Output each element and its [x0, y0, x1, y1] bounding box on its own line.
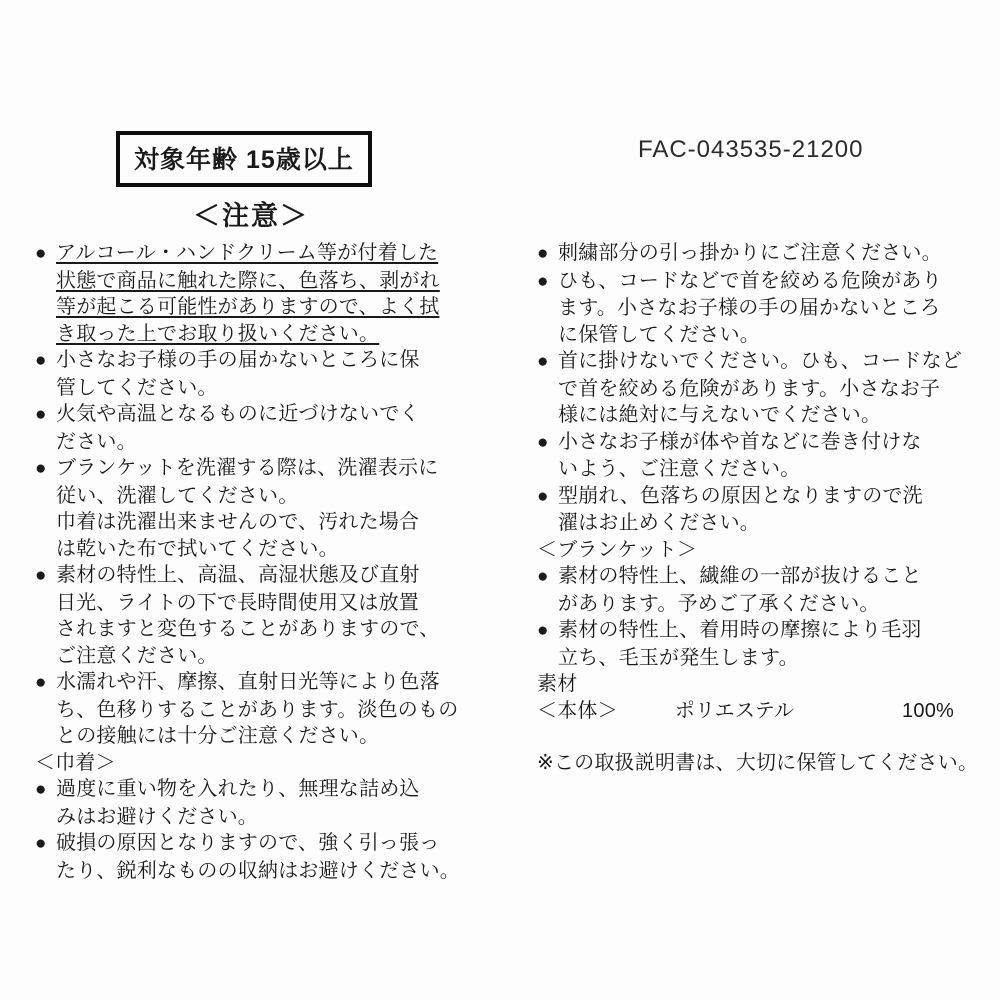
care-item: ●ブランケットを洗濯する際は、洗濯表示に 従い、洗濯してください。 巾着は洗濯出… [35, 455, 475, 562]
care-item-text: アルコール・ハンドクリーム等が付着した 状態で商品に触れた際に、色落ち、剥がれ … [56, 242, 440, 345]
caution-heading: ＜注意＞ [35, 194, 467, 233]
caution-left-column: ●アルコール・ハンドクリーム等が付着した 状態で商品に触れた際に、色落ち、剥がれ… [35, 240, 475, 884]
storage-note: ※この取扱説明書は、大切に保管してください。 [537, 750, 984, 777]
section-heading-blanket: ＜ブランケット＞ [537, 537, 984, 564]
bullet-icon: ● [35, 831, 56, 858]
care-item: ●型崩れ、色落ちの原因となりますので洗 濯はお止めください。 [537, 483, 984, 537]
care-item: ●ひも、コードなどで首を絞める危険があり ます。小さなお子様の手の届かないところ… [537, 268, 984, 349]
material-part-label: ＜本体＞ [537, 698, 618, 725]
care-item-text: 首に掛けないでください。ひも、コードなど で首を絞める危険があります。小さなお子… [558, 350, 962, 426]
section-heading-kinchaku: ＜巾着＞ [35, 750, 475, 777]
material-percent: 100% [902, 698, 954, 725]
care-item-text: 刺繍部分の引っ掛かりにご注意ください。 [558, 242, 942, 264]
bullet-icon: ● [537, 349, 558, 376]
care-item: ●小さなお子様が体や首などに巻き付けな いよう、ご注意ください。 [537, 429, 984, 483]
caution-right-column: ●刺繍部分の引っ掛かりにご注意ください。 ●ひも、コードなどで首を絞める危険があ… [537, 240, 984, 777]
materials-row: ＜本体＞ ポリエステル 100% [537, 698, 984, 725]
age-restriction-box: 対象年齢 15歳以上 [116, 131, 372, 187]
age-restriction-label: 対象年齢 15歳以上 [134, 146, 354, 174]
bullet-icon: ● [537, 618, 558, 645]
product-code: FAC-043535-21200 [638, 136, 863, 164]
section-heading-text: ＜ブランケット＞ [537, 539, 697, 561]
care-item: ●水濡れや汗、摩擦、直射日光等により色落 ち、色移りすることがあります。淡色のも… [35, 669, 475, 750]
bullet-icon: ● [537, 430, 558, 457]
bullet-icon: ● [35, 348, 56, 375]
care-item: ●刺繍部分の引っ掛かりにご注意ください。 [537, 240, 984, 268]
care-item-text: 素材の特性上、着用時の摩擦により毛羽 立ち、毛玉が発生します。 [558, 619, 922, 669]
bullet-icon: ● [35, 402, 56, 429]
care-item-text: 小さなお子様の手の届かないところに保 管してください。 [56, 349, 420, 399]
care-item-text: 素材の特性上、高温、高湿状態及び直射 日光、ライトの下で長時間使用又は放置 され… [56, 564, 439, 667]
bullet-icon: ● [537, 241, 558, 268]
bullet-icon: ● [537, 269, 558, 296]
bullet-icon: ● [537, 484, 558, 511]
materials-label-text: 素材 [537, 673, 577, 695]
care-item-text: 素材の特性上、繊維の一部が抜けること があります。予めご了承ください。 [558, 565, 922, 615]
care-item: ●小さなお子様の手の届かないところに保 管してください。 [35, 347, 475, 401]
care-item: ●素材の特性上、高温、高湿状態及び直射 日光、ライトの下で長時間使用又は放置 さ… [35, 562, 475, 669]
bullet-icon: ● [35, 777, 56, 804]
care-item-text: 小さなお子様が体や首などに巻き付けな いよう、ご注意ください。 [558, 431, 922, 481]
care-item: ●火気や高温となるものに近づけないでく ださい。 [35, 401, 475, 455]
care-item-text: 過度に重い物を入れたり、無理な詰め込 みはお避けください。 [56, 778, 420, 828]
materials-label: 素材 [537, 671, 984, 698]
care-item-text: ブランケットを洗濯する際は、洗濯表示に 従い、洗濯してください。 巾着は洗濯出来… [56, 457, 438, 560]
bullet-icon: ● [537, 564, 558, 591]
care-item-text: ひも、コードなどで首を絞める危険があり ます。小さなお子様の手の届かないところ … [558, 270, 942, 346]
care-item: ●首に掛けないでください。ひも、コードなど で首を絞める危険があります。小さなお… [537, 348, 984, 429]
care-item-text: 水濡れや汗、摩擦、直射日光等により色落 ち、色移りすることがあります。淡色のもの… [56, 671, 458, 747]
care-item: ●素材の特性上、着用時の摩擦により毛羽 立ち、毛玉が発生します。 [537, 617, 984, 671]
bullet-icon: ● [35, 670, 56, 697]
material-name: ポリエステル [675, 698, 794, 725]
care-item: ●素材の特性上、繊維の一部が抜けること があります。予めご了承ください。 [537, 563, 984, 617]
care-item: ●過度に重い物を入れたり、無理な詰め込 みはお避けください。 [35, 776, 475, 830]
bullet-icon: ● [35, 456, 56, 483]
bullet-icon: ● [35, 563, 56, 590]
care-item-text: 型崩れ、色落ちの原因となりますので洗 濯はお止めください。 [558, 485, 923, 535]
bullet-icon: ● [35, 241, 56, 268]
care-item: ●破損の原因となりますので、強く引っ張っ たり、鋭利なものの収納はお避けください… [35, 830, 475, 884]
care-item-text: 破損の原因となりますので、強く引っ張っ たり、鋭利なものの収納はお避けください。 [56, 832, 460, 882]
care-item: ●アルコール・ハンドクリーム等が付着した 状態で商品に触れた際に、色落ち、剥がれ… [35, 240, 475, 347]
section-heading-text: ＜巾着＞ [35, 752, 116, 774]
care-item-text: 火気や高温となるものに近づけないでく ださい。 [56, 403, 420, 453]
